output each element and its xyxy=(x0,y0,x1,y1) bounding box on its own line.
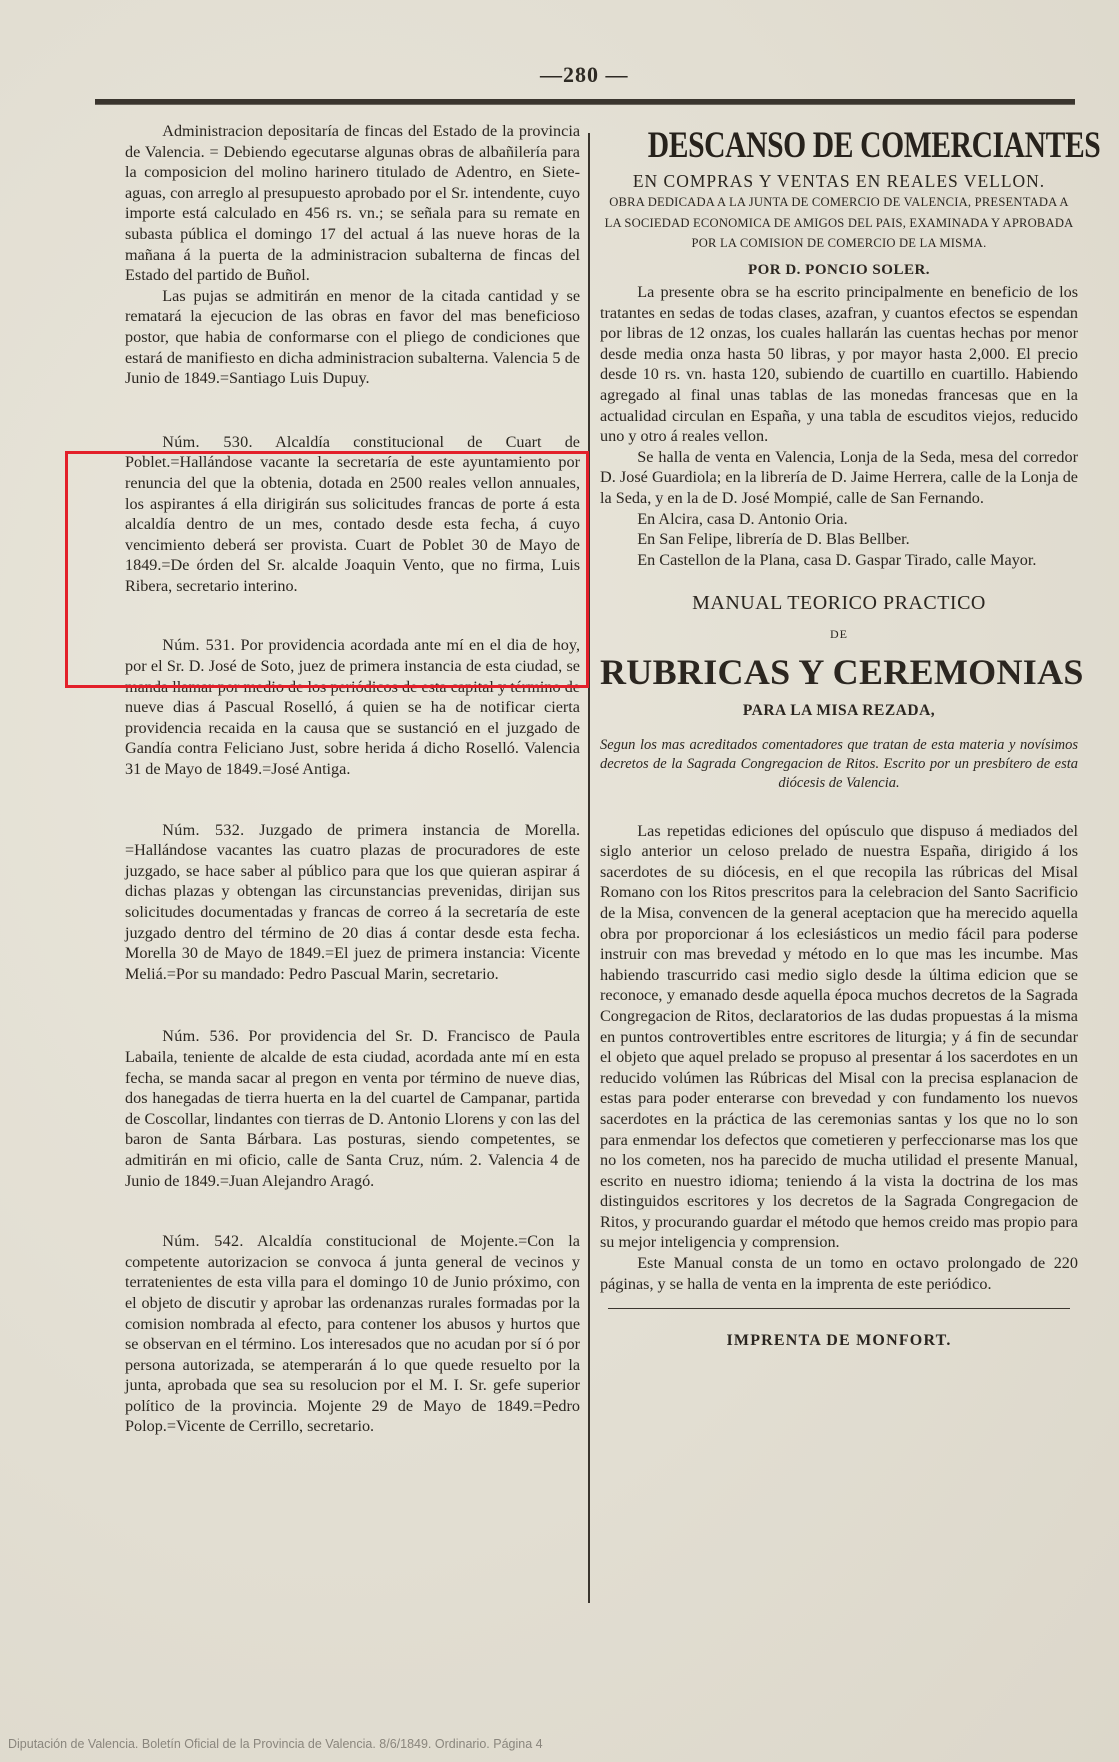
advertisement-descanso: DESCANSO DE COMERCIANTES EN COMPRAS Y VE… xyxy=(600,124,1078,570)
intro-notice: Administracion depositaría de fincas del… xyxy=(125,121,580,389)
notice-text: Por providencia del Sr. D. Francisco de … xyxy=(125,1027,580,1189)
ad-title: DESCANSO DE COMERCIANTES xyxy=(648,124,1030,168)
notice-text: Por providencia acordada ante mí en el d… xyxy=(125,636,580,778)
intro-paragraph: Administracion depositaría de fincas del… xyxy=(125,121,580,286)
manual-connector: DE xyxy=(600,624,1078,645)
column-divider xyxy=(588,133,590,1603)
notice-number: Núm. 530. xyxy=(162,433,253,451)
ad-dedication: OBRA DEDICADA A LA JUNTA DE COMERCIO DE … xyxy=(600,192,1078,254)
notice-text: Alcaldía constitucional de Mojente.=Con … xyxy=(125,1232,580,1435)
left-column: Administracion depositaría de fincas del… xyxy=(125,121,580,1461)
sales-location: En Castellon de la Plana, casa D. Gaspar… xyxy=(600,550,1078,571)
notice-number: Núm. 536. xyxy=(162,1027,239,1045)
notice-532: Núm. 532. Juzgado de primera instancia d… xyxy=(125,820,580,985)
notice-number: Núm. 532. xyxy=(162,821,244,839)
notice-text: Alcaldía constitucional de Cuart de Pobl… xyxy=(125,433,580,595)
notice-542: Núm. 542. Alcaldía constitucional de Moj… xyxy=(125,1231,580,1437)
intro-paragraph: Las pujas se admitirán en menor de la ci… xyxy=(125,286,580,389)
ad-author: POR D. PONCIO SOLER. xyxy=(600,260,1078,281)
sales-location: En Alcira, casa D. Antonio Oria. xyxy=(600,509,1078,530)
manual-title: RUBRICAS Y CEREMONIAS xyxy=(600,649,1078,695)
ad-subtitle: EN COMPRAS Y VENTAS EN REALES VELLON. xyxy=(600,170,1078,192)
source-footer: Diputación de Valencia. Boletín Oficial … xyxy=(8,1737,543,1751)
manual-heading: MANUAL TEORICO PRACTICO xyxy=(600,590,1078,616)
manual-subtitle: PARA LA MISA REZADA, xyxy=(600,701,1078,722)
header-rule xyxy=(95,99,1075,105)
closing-rule xyxy=(608,1308,1070,1309)
right-column: DESCANSO DE COMERCIANTES EN COMPRAS Y VE… xyxy=(600,121,1078,1352)
notice-536: Núm. 536. Por providencia del Sr. D. Fra… xyxy=(125,1026,580,1191)
sales-location: En San Felipe, librería de D. Blas Bellb… xyxy=(600,529,1078,550)
manual-paragraph: Las repetidas ediciones del opúsculo que… xyxy=(600,821,1078,1253)
advertisement-manual: MANUAL TEORICO PRACTICO DE RUBRICAS Y CE… xyxy=(600,590,1078,1294)
manual-description: Segun los mas acreditados comentadores q… xyxy=(600,736,1078,793)
page-number: —280 — xyxy=(540,62,629,88)
ad-description: La presente obra se ha escrito principal… xyxy=(600,282,1078,447)
notice-text: Juzgado de primera instancia de Morella.… xyxy=(125,821,580,983)
notice-530: Núm. 530. Alcaldía constitucional de Cua… xyxy=(125,432,580,597)
sales-location: Se halla de venta en Valencia, Lonja de … xyxy=(600,447,1078,509)
notice-531: Núm. 531. Por providencia acordada ante … xyxy=(125,635,580,779)
notice-number: Núm. 542. xyxy=(162,1232,244,1250)
manual-paragraph: Este Manual consta de un tomo en octavo … xyxy=(600,1253,1078,1294)
notice-number: Núm. 531. xyxy=(162,636,235,654)
imprint: IMPRENTA DE MONFORT. xyxy=(600,1331,1078,1352)
